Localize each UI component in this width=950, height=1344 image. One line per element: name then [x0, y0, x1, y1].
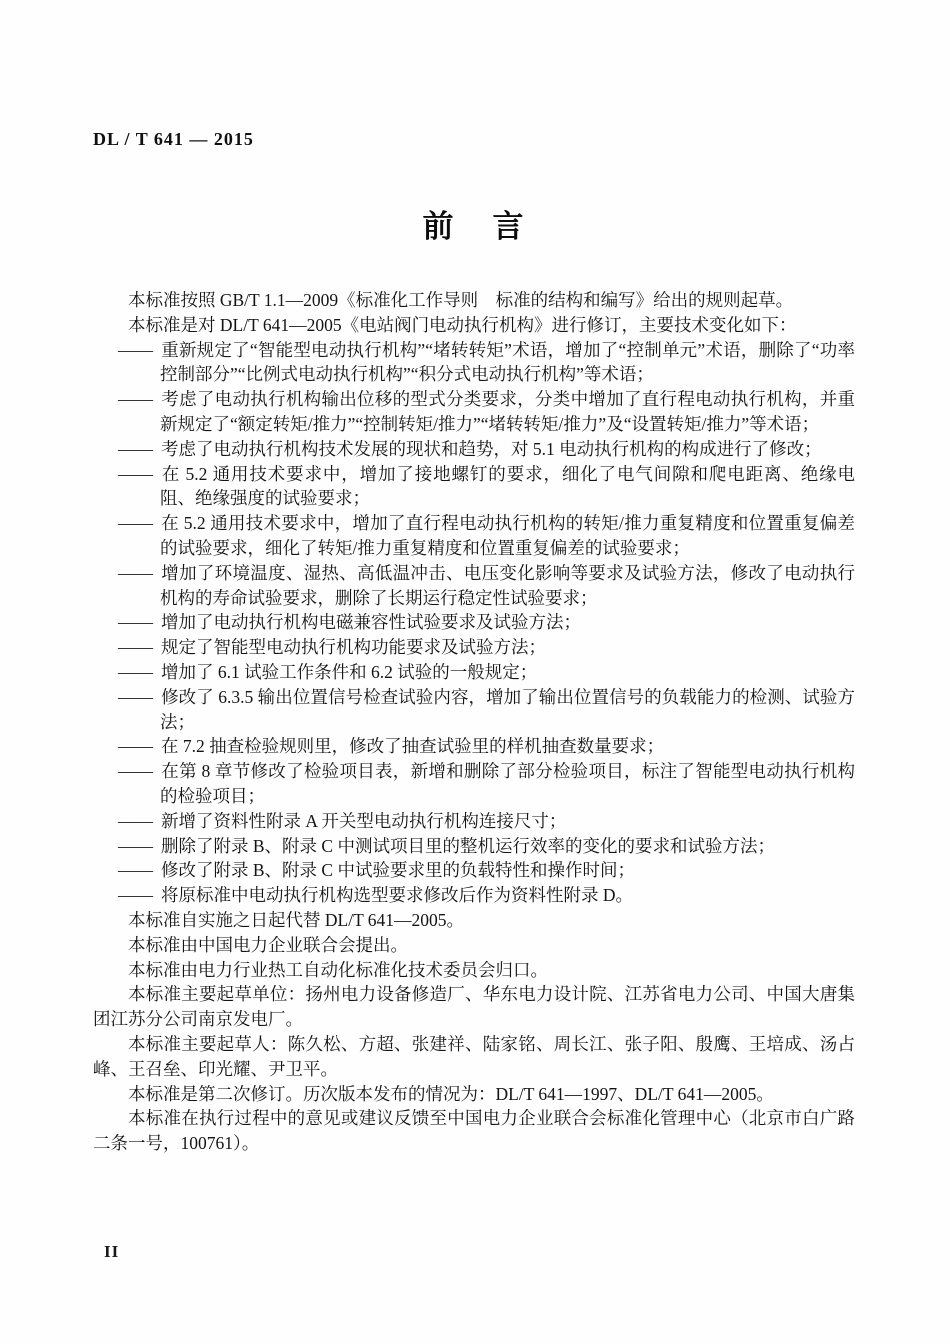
change-item-text: 将原标准中电动执行机构选型要求修改后作为资料性附录 D。 — [161, 885, 633, 905]
change-item-text: 增加了 6.1 试验工作条件和 6.2 试验的一般规定； — [161, 662, 537, 682]
foreword-intro-paragraph: 本标准是对 DL/T 641—2005《电站阀门电动执行机构》进行修订，主要技术… — [93, 313, 855, 338]
change-list-item: ——考虑了电动执行机构输出位移的型式分类要求，分类中增加了直行程电动执行机构，并… — [93, 387, 855, 437]
change-list-item: ——在第 8 章节修改了检验项目表，新增和删除了部分检验项目，标注了智能型电动执… — [93, 759, 855, 809]
foreword-intro-paragraph: 本标准按照 GB/T 1.1—2009《标准化工作导则 标准的结构和编写》给出的… — [93, 288, 855, 313]
change-list-item: ——考虑了电动执行机构技术发展的现状和趋势，对 5.1 电动执行机构的构成进行了… — [93, 437, 855, 462]
dash-marker: —— — [118, 662, 161, 682]
change-list-item: ——将原标准中电动执行机构选型要求修改后作为资料性附录 D。 — [93, 883, 855, 908]
change-item-text: 在 7.2 抽查检验规则里，修改了抽查试验里的样机抽查数量要求； — [161, 736, 664, 756]
change-list-item: ——规定了智能型电动执行机构功能要求及试验方法； — [93, 635, 855, 660]
dash-marker: —— — [118, 389, 161, 409]
foreword-body: 本标准按照 GB/T 1.1—2009《标准化工作导则 标准的结构和编写》给出的… — [93, 288, 855, 1156]
change-list-item: ——删除了附录 B、附录 C 中测试项目里的整机运行效率的变化的要求和试验方法； — [93, 834, 855, 859]
change-list-item: ——在 7.2 抽查检验规则里，修改了抽查试验里的样机抽查数量要求； — [93, 734, 855, 759]
change-item-text: 重新规定了“智能型电动执行机构”“堵转转矩”术语，增加了“控制单元”术语，删除了… — [160, 340, 855, 385]
change-item-text: 修改了 6.3.5 输出位置信号检查试验内容，增加了输出位置信号的负载能力的检测… — [160, 687, 855, 732]
standard-code-header: DL / T 641 — 2015 — [93, 129, 254, 150]
dash-marker: —— — [118, 563, 161, 583]
change-list-item: ——在 5.2 通用技术要求中，增加了直行程电动执行机构的转矩/推力重复精度和位… — [93, 511, 855, 561]
change-item-text: 新增了资料性附录 A 开关型电动执行机构连接尺寸； — [161, 811, 566, 831]
dash-marker: —— — [118, 687, 161, 707]
dash-marker: —— — [118, 340, 161, 360]
foreword-closing-paragraph: 本标准主要起草单位：扬州电力设备修造厂、华东电力设计院、江苏省电力公司、中国大唐… — [93, 982, 855, 1032]
change-list-item: ——修改了附录 B、附录 C 中试验要求里的负载特性和操作时间； — [93, 858, 855, 883]
change-list-item: ——增加了电动执行机构电磁兼容性试验要求及试验方法； — [93, 610, 855, 635]
change-item-text: 增加了环境温度、湿热、高低温冲击、电压变化影响等要求及试验方法，修改了电动执行机… — [160, 563, 855, 608]
change-item-text: 删除了附录 B、附录 C 中测试项目里的整机运行效率的变化的要求和试验方法； — [161, 836, 775, 856]
change-item-text: 在第 8 章节修改了检验项目表，新增和删除了部分检验项目，标注了智能型电动执行机… — [160, 761, 855, 806]
change-list-item: ——重新规定了“智能型电动执行机构”“堵转转矩”术语，增加了“控制单元”术语，删… — [93, 338, 855, 388]
change-item-text: 增加了电动执行机构电磁兼容性试验要求及试验方法； — [161, 612, 581, 632]
change-item-text: 修改了附录 B、附录 C 中试验要求里的负载特性和操作时间； — [161, 860, 635, 880]
dash-marker: —— — [118, 761, 161, 781]
foreword-closing-paragraph: 本标准在执行过程中的意见或建议反馈至中国电力企业联合会标准化管理中心（北京市白广… — [93, 1106, 855, 1156]
change-list-item: ——增加了环境温度、湿热、高低温冲击、电压变化影响等要求及试验方法，修改了电动执… — [93, 561, 855, 611]
change-list-item: ——增加了 6.1 试验工作条件和 6.2 试验的一般规定； — [93, 660, 855, 685]
change-item-text: 考虑了电动执行机构输出位移的型式分类要求，分类中增加了直行程电动执行机构，并重新… — [160, 389, 855, 434]
dash-marker: —— — [118, 439, 161, 459]
dash-marker: —— — [118, 811, 161, 831]
page-title: 前 言 — [0, 201, 950, 246]
change-item-text: 在 5.2 通用技术要求中，增加了直行程电动执行机构的转矩/推力重复精度和位置重… — [160, 513, 855, 558]
dash-marker: —— — [118, 885, 161, 905]
dash-marker: —— — [118, 513, 161, 533]
foreword-closing-paragraph: 本标准是第二次修订。历次版本发布的情况为：DL/T 641—1997、DL/T … — [93, 1082, 855, 1107]
dash-marker: —— — [118, 464, 161, 484]
dash-marker: —— — [118, 836, 161, 856]
foreword-closing-paragraph: 本标准主要起草人：陈久松、方超、张建祥、陆家铭、周长江、张子阳、殷鹰、王培成、汤… — [93, 1032, 855, 1082]
foreword-closing-paragraph: 本标准由电力行业热工自动化标准化技术委员会归口。 — [93, 958, 855, 983]
page-number: II — [104, 1242, 119, 1262]
change-item-text: 在 5.2 通用技术要求中，增加了接地螺钉的要求，细化了电气间隙和爬电距离、绝缘… — [160, 464, 855, 509]
dash-marker: —— — [118, 736, 161, 756]
foreword-closing-paragraph: 本标准自实施之日起代替 DL/T 641—2005。 — [93, 908, 855, 933]
dash-marker: —— — [118, 860, 161, 880]
change-item-text: 规定了智能型电动执行机构功能要求及试验方法； — [161, 637, 546, 657]
dash-marker: —— — [118, 612, 161, 632]
change-list-item: ——修改了 6.3.5 输出位置信号检查试验内容，增加了输出位置信号的负载能力的… — [93, 685, 855, 735]
dash-marker: —— — [118, 637, 161, 657]
document-page: DL / T 641 — 2015 前 言 本标准按照 GB/T 1.1—200… — [0, 0, 950, 1344]
foreword-closing-paragraph: 本标准由中国电力企业联合会提出。 — [93, 933, 855, 958]
change-list-item: ——新增了资料性附录 A 开关型电动执行机构连接尺寸； — [93, 809, 855, 834]
change-list-item: ——在 5.2 通用技术要求中，增加了接地螺钉的要求，细化了电气间隙和爬电距离、… — [93, 462, 855, 512]
change-item-text: 考虑了电动执行机构技术发展的现状和趋势，对 5.1 电动执行机构的构成进行了修改… — [161, 439, 822, 459]
